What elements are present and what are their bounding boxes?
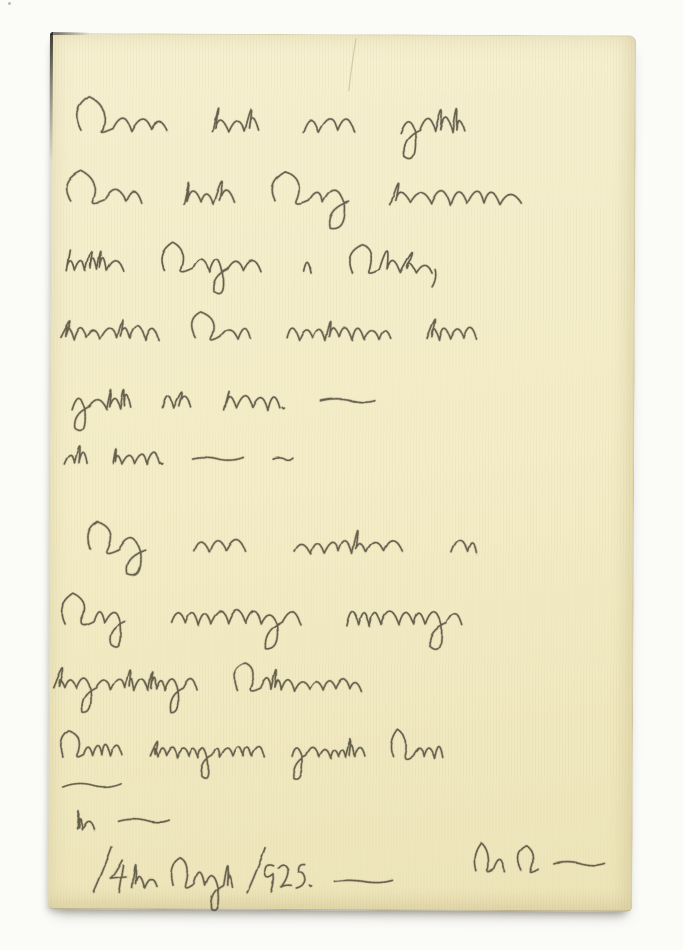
- handwriting-line: [474, 843, 604, 873]
- handwriting-line: [54, 663, 362, 714]
- pencil-stroke: [474, 843, 604, 873]
- pencil-stroke: [64, 446, 292, 465]
- pencil-stroke: [87, 521, 476, 576]
- pencil-stroke: [67, 242, 436, 294]
- pencil-stroke: [54, 663, 362, 714]
- pencil-stroke: [61, 728, 444, 779]
- stray-pencil-dash: [63, 783, 121, 787]
- handwriting-svg: [48, 34, 635, 911]
- pencil-stroke: [61, 311, 477, 341]
- handwriting-line: [67, 242, 436, 294]
- pencil-stroke: [77, 97, 464, 160]
- handwriting-line: [77, 811, 170, 830]
- handwriting-line: [61, 728, 444, 779]
- scanner-speck: [8, 2, 11, 5]
- handwriting-line: [66, 171, 522, 229]
- handwriting-line: [94, 847, 393, 910]
- handwriting-line: [87, 521, 476, 576]
- pencil-stroke: [94, 847, 393, 910]
- handwriting-line: [62, 594, 463, 650]
- pencil-stroke: [66, 171, 522, 229]
- pencil-stroke: [64, 446, 292, 465]
- pencil-stroke: [54, 663, 362, 714]
- handwriting-line: [61, 311, 477, 341]
- postcard: [48, 33, 636, 912]
- handwriting-line: [72, 390, 375, 432]
- pencil-stroke: [77, 97, 464, 160]
- handwriting-layer: [53, 97, 608, 912]
- scan-page: { "scan": { "background_color": "#fbfbf8…: [0, 0, 683, 950]
- pencil-stroke: [77, 811, 170, 830]
- pencil-stroke: [72, 390, 375, 432]
- handwriting-line: [77, 97, 464, 160]
- paper-crease: [349, 38, 356, 91]
- handwriting-line: [64, 446, 292, 465]
